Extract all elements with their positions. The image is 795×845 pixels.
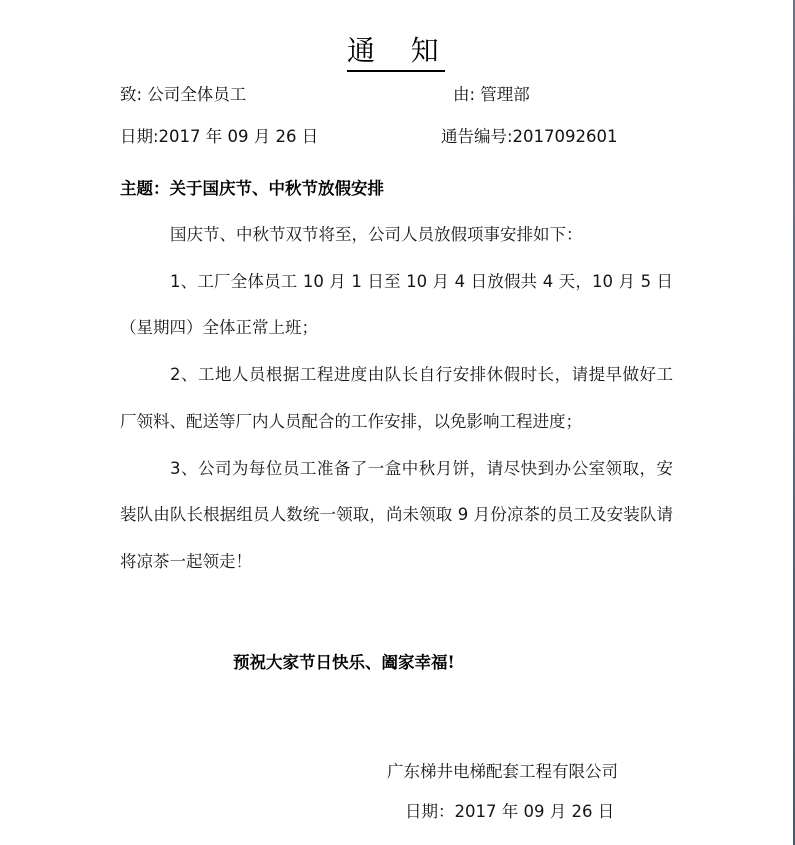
item-1-paragraph: 1、工厂全体员工 10 月 1 日至 10 月 4 日放假共 4 天，10 月 … <box>120 259 673 352</box>
item-3-paragraph: 3、公司为每位员工准备了一盒中秋月饼，请尽快到办公室领取，安装队由队长根据组员人… <box>120 446 673 586</box>
notice-number-line: 通告编号:2017092601 <box>441 127 618 147</box>
signature-company: 广东梯井电梯配套工程有限公司 <box>387 761 618 783</box>
notice-subject: 主题：关于国庆节、中秋节放假安排 <box>120 178 384 200</box>
sender-line: 由: 管理部 <box>453 85 530 105</box>
intro-paragraph: 国庆节、中秋节双节将至，公司人员放假项事安排如下： <box>120 212 673 259</box>
closing-wishes: 预祝大家节日快乐、阖家幸福! <box>233 652 455 674</box>
signature-date: 日期：2017 年 09 月 26 日 <box>405 801 614 823</box>
notice-title: 通 知 <box>347 36 445 72</box>
recipient-line: 致: 公司全体员工 <box>120 85 246 105</box>
date-line: 日期:2017 年 09 月 26 日 <box>120 127 318 147</box>
notice-body: 国庆节、中秋节双节将至，公司人员放假项事安排如下： 1、工厂全体员工 10 月 … <box>120 212 673 586</box>
document-page: 通 知 致: 公司全体员工 由: 管理部 日期:2017 年 09 月 26 日… <box>0 0 793 845</box>
item-2-paragraph: 2、工地人员根据工程进度由队长自行安排休假时长，请提早做好工厂领料、配送等厂内人… <box>120 352 673 445</box>
